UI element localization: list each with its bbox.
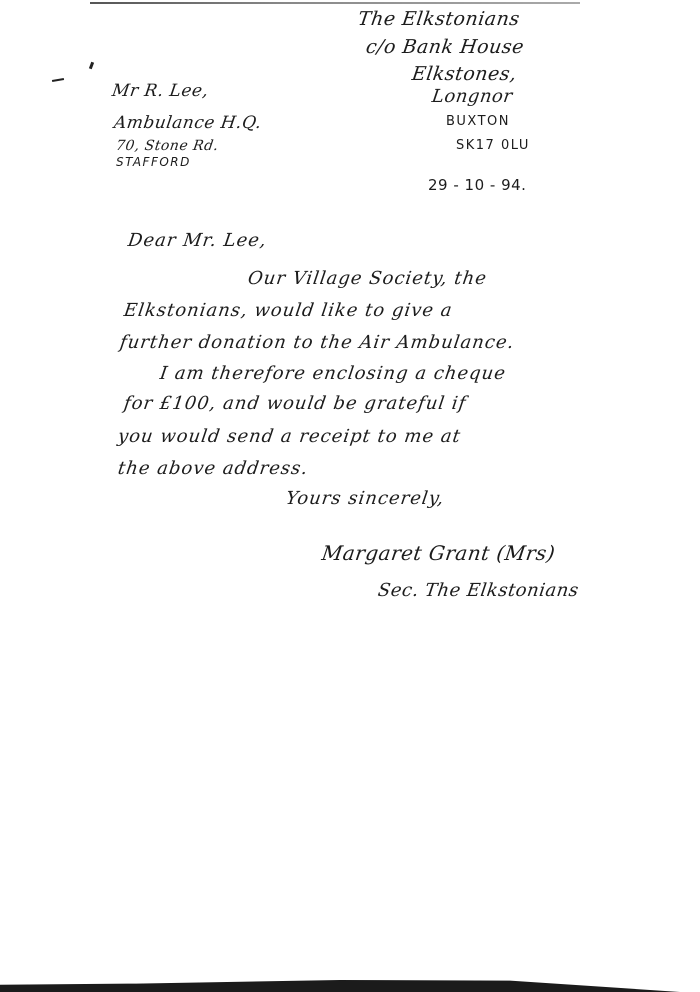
sender-line-2: c/o Bank House: [365, 38, 526, 57]
sender-line-5: Buxton: [446, 115, 510, 128]
recipient-line-1: Mr R. Lee,: [111, 83, 210, 100]
signature: Margaret Grant (Mrs): [321, 543, 557, 563]
body-line-3: further donation to the Air Ambulance.: [119, 334, 516, 352]
recipient-line-3: 70, Stone Rd.: [115, 139, 220, 153]
signatory-title: Sec. The Elkstonians: [377, 582, 580, 600]
stray-mark: [89, 62, 94, 70]
recipient-line-4: STAFFORD: [116, 156, 191, 168]
sender-line-6: SK17 0LU: [456, 139, 530, 152]
stray-mark: [52, 78, 64, 82]
closing: Yours sincerely,: [285, 490, 446, 508]
sender-line-1: The Elkstonians: [357, 10, 521, 29]
salutation: Dear Mr. Lee,: [127, 232, 268, 250]
paper-bottom-edge: [0, 980, 680, 992]
recipient-line-2: Ambulance H.Q.: [113, 115, 263, 132]
body-line-1: Our Village Society, the: [247, 270, 488, 288]
body-line-5: for £100, and would be grateful if: [123, 395, 468, 413]
sender-line-4: Longnor: [431, 88, 514, 106]
body-line-4: I am therefore enclosing a cheque: [159, 365, 507, 383]
letter-date: 29 - 10 - 94.: [428, 178, 526, 193]
body-line-2: Elkstonians, would like to give a: [123, 302, 454, 320]
sender-line-3: Elkstones,: [411, 65, 518, 84]
body-line-7: the above address.: [117, 460, 310, 478]
paper-top-edge: [90, 2, 580, 4]
body-line-6: you would send a receipt to me at: [117, 428, 462, 446]
